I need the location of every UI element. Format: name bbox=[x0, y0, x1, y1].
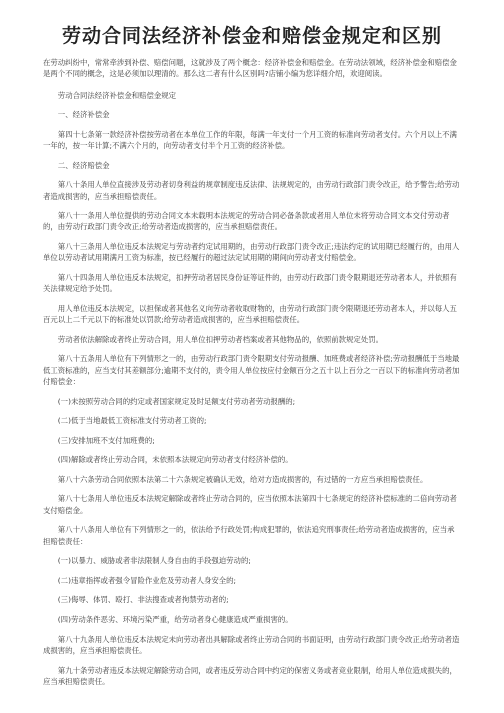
list-item: (一)未按照劳动合同的约定或者国家规定及时足额支付劳动者劳动报酬的; bbox=[43, 396, 461, 407]
list-item: (一)以暴力、威胁或者非法限制人身自由的手段强迫劳动的; bbox=[43, 555, 461, 566]
document-title: 劳动合同法经济补偿金和赔偿金规定和区别 bbox=[0, 24, 504, 48]
article-paragraph: 第九十条劳动者违反本法规定解除劳动合同，或者违反劳动合同中约定的保密义务或者竞业… bbox=[43, 665, 461, 688]
document-page: 劳动合同法经济补偿金和赔偿金规定和区别 在劳动纠纷中，常常牵涉到补偿、赔偿问题，… bbox=[0, 0, 504, 713]
list-item: (四)解除或者终止劳动合同，未依照本法规定向劳动者支付经济补偿的。 bbox=[43, 454, 461, 465]
intro-paragraph: 在劳动纠纷中，常常牵涉到补偿、赔偿问题，这就涉及了两个概念：经济补偿金和赔偿金。… bbox=[43, 57, 461, 80]
article-paragraph: 第八十三条用人单位违反本法规定与劳动者约定试用期的，由劳动行政部门责令改正;违法… bbox=[43, 241, 461, 264]
list-item: (二)违章指挥或者强令冒险作业危及劳动者人身安全的; bbox=[43, 575, 461, 586]
section-heading: 二、经济赔偿金 bbox=[43, 160, 461, 171]
article-paragraph: 第八十一条用人单位提供的劳动合同文本未载明本法规定的劳动合同必备条款或者用人单位… bbox=[43, 210, 461, 233]
article-paragraph: 劳动者依法解除或者终止劳动合同，用人单位扣押劳动者档案或者其他物品的，依照前款规… bbox=[43, 334, 461, 345]
list-item: (三)侮辱、体罚、殴打、非法搜查或者拘禁劳动者的; bbox=[43, 594, 461, 605]
list-item: (三)安排加班不支付加班费的; bbox=[43, 435, 461, 446]
article-paragraph: 第八十四条用人单位违反本法规定，扣押劳动者居民身份证等证件的，由劳动行政部门责令… bbox=[43, 272, 461, 295]
document-body: 在劳动纠纷中，常常牵涉到补偿、赔偿问题，这就涉及了两个概念：经济补偿金和赔偿金。… bbox=[43, 57, 461, 695]
article-paragraph: 用人单位违反本法规定，以担保或者其他名义向劳动者收取财物的，由劳动行政部门责令限… bbox=[43, 303, 461, 326]
article-paragraph: 第八十八条用人单位有下列情形之一的，依法给予行政处罚;构成犯罪的，依法追究刑事责… bbox=[43, 524, 461, 547]
article-paragraph: 第八十五条用人单位有下列情形之一的，由劳动行政部门责令限期支付劳动报酬、加班费或… bbox=[43, 353, 461, 387]
article-paragraph: 第八十条用人单位直接涉及劳动者切身利益的规章制度违反法律、法规规定的，由劳动行政… bbox=[43, 179, 461, 202]
article-paragraph: 第八十七条用人单位违反本法规定解除或者终止劳动合同的，应当依照本法第四十七条规定… bbox=[43, 493, 461, 516]
list-item: (四)劳动条件恶劣、环境污染严重，给劳动者身心健康造成严重损害的。 bbox=[43, 614, 461, 625]
article-paragraph: 第八十九条用人单位违反本法规定未向劳动者出具解除或者终止劳动合同的书面证明，由劳… bbox=[43, 634, 461, 657]
section-heading: 一、经济补偿金 bbox=[43, 109, 461, 120]
section-heading: 劳动合同法经济补偿金和赔偿金规定 bbox=[43, 90, 461, 101]
article-paragraph: 第四十七条第一款经济补偿按劳动者在本单位工作的年限，每满一年支付一个月工资的标准… bbox=[43, 129, 461, 152]
article-paragraph: 第八十六条劳动合同依照本法第二十六条规定被确认无效，给对方造成损害的，有过错的一… bbox=[43, 474, 461, 485]
list-item: (二)低于当地最低工资标准支付劳动者工资的; bbox=[43, 415, 461, 426]
